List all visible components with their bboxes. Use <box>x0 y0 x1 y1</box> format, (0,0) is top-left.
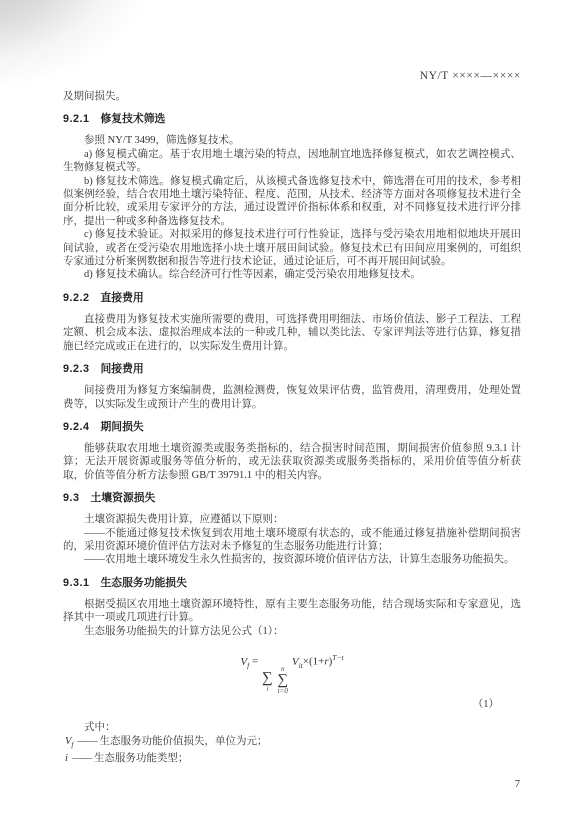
paragraph: 根据受损区农用地土壤资源环境特性，原有主要生态服务功能，结合现场实际和专家意见，… <box>63 598 521 625</box>
symbol-definition: Vf——生态服务功能价值损失，单位为元； <box>63 735 521 752</box>
section-title: 修复技术筛选 <box>101 113 166 125</box>
paragraph-continuation: 及期间损失。 <box>63 90 521 103</box>
symbol-definition: i——生态服务功能类型； <box>63 752 521 769</box>
symbol-i: i <box>65 753 68 764</box>
page-number: 7 <box>515 779 520 790</box>
section-number: 9.3.1 <box>63 577 90 589</box>
standard-code: NY/T ××××—×××× <box>420 70 521 82</box>
where-label: 式中： <box>63 721 521 734</box>
paragraph: 土壤资源损失费用计算，应遵循以下原则： <box>63 513 521 526</box>
section-title: 期间损失 <box>101 421 144 433</box>
principle-item: ——不能通过修复技术恢复到农用地土壤环境原有状态的，或不能通过修复措施补偿期间损… <box>63 527 521 554</box>
symbol-vf: Vf <box>65 736 74 747</box>
paragraph: 直接费用为修复技术实施所需要的费用，可选择费用明细法、市场价值法、影子工程法、工… <box>63 313 521 353</box>
principle-item: ——农用地土壤环境发生永久性损害的，按资源环境价值评估方法，计算生态服务功能损失… <box>63 553 521 566</box>
paragraph: 能够获取农用地土壤资源类或服务类指标的，结合损害时间范围，期间损害价值参照 9.… <box>63 442 521 482</box>
formula-operator: ×(1+ <box>303 656 325 668</box>
definition-dash: —— <box>72 753 91 764</box>
inner-summation: n ∑ t=0 <box>277 666 288 696</box>
section-heading-9-2-1: 9.2.1修复技术筛选 <box>63 113 521 126</box>
page-header: NY/T ××××—×××× <box>420 70 521 82</box>
paragraph: 生态服务功能损失的计算方法见公式（1）： <box>63 625 521 638</box>
section-title: 间接费用 <box>101 363 144 375</box>
outer-summation: ∑ i <box>262 664 273 694</box>
section-number: 9.2.3 <box>63 363 90 375</box>
equals-sign: = <box>252 656 258 668</box>
section-number: 9.3 <box>63 492 80 504</box>
list-item-a: a) 修复模式确定。基于农用地土壤污染的特点，因地制宜地选择修复模式，如农艺调控… <box>63 148 521 175</box>
section-title: 生态服务功能损失 <box>101 577 187 589</box>
list-item-c: c) 修复技术验证。对拟采用的修复技术进行可行性验证，选择与受污染农用地相似地块… <box>63 228 521 268</box>
section-heading-9-2-4: 9.2.4期间损失 <box>63 421 521 434</box>
section-heading-9-2-2: 9.2.2直接费用 <box>63 292 521 305</box>
section-title: 直接费用 <box>101 292 144 304</box>
section-number: 9.2.4 <box>63 421 90 433</box>
sigma-symbol: ∑ <box>277 673 288 688</box>
section-heading-9-3-1: 9.3.1生态服务功能损失 <box>63 577 521 590</box>
inner-sum-lower: t=0 <box>278 688 288 696</box>
formula-exponent: T−t <box>332 653 343 662</box>
list-item-d: d) 修复技术确认。综合经济可行性等因素，确定受污染农用地修复技术。 <box>63 268 521 281</box>
paragraph: 间接费用为修复方案编制费，监测检测费，恢复效果评估费，监管费用，清理费用，处理处… <box>63 384 521 411</box>
document-page: NY/T ××××—×××× 及期间损失。 9.2.1修复技术筛选 参照 NY/… <box>0 0 578 818</box>
definition-dash: —— <box>78 736 97 747</box>
definition-text: 生态服务功能价值损失，单位为元； <box>100 736 268 747</box>
equation-number: （1） <box>63 698 499 711</box>
section-number: 9.2.1 <box>63 113 90 125</box>
sigma-symbol: ∑ <box>262 671 273 686</box>
outer-sum-index: i <box>266 686 268 694</box>
list-item-b: b) 修复技术筛选。修复模式确定后，从该模式备选修复技术中，筛选潜在可用的技术，… <box>63 175 521 229</box>
formula-lhs: Vf <box>240 656 249 668</box>
section-heading-9-3: 9.3土壤资源损失 <box>63 492 521 505</box>
section-number: 9.2.2 <box>63 292 90 304</box>
document-content: 及期间损失。 9.2.1修复技术筛选 参照 NY/T 3499，筛选修复技术。 … <box>63 90 521 769</box>
formula-term: Vit <box>292 656 303 668</box>
section-title: 土壤资源损失 <box>91 492 156 504</box>
paragraph: 参照 NY/T 3499，筛选修复技术。 <box>63 134 521 147</box>
equation-1: Vf = ∑ i n ∑ t=0 Vit×(1+r)T−t <box>63 651 521 696</box>
section-heading-9-2-3: 9.2.3间接费用 <box>63 363 521 376</box>
definition-text: 生态服务功能类型； <box>94 753 189 764</box>
